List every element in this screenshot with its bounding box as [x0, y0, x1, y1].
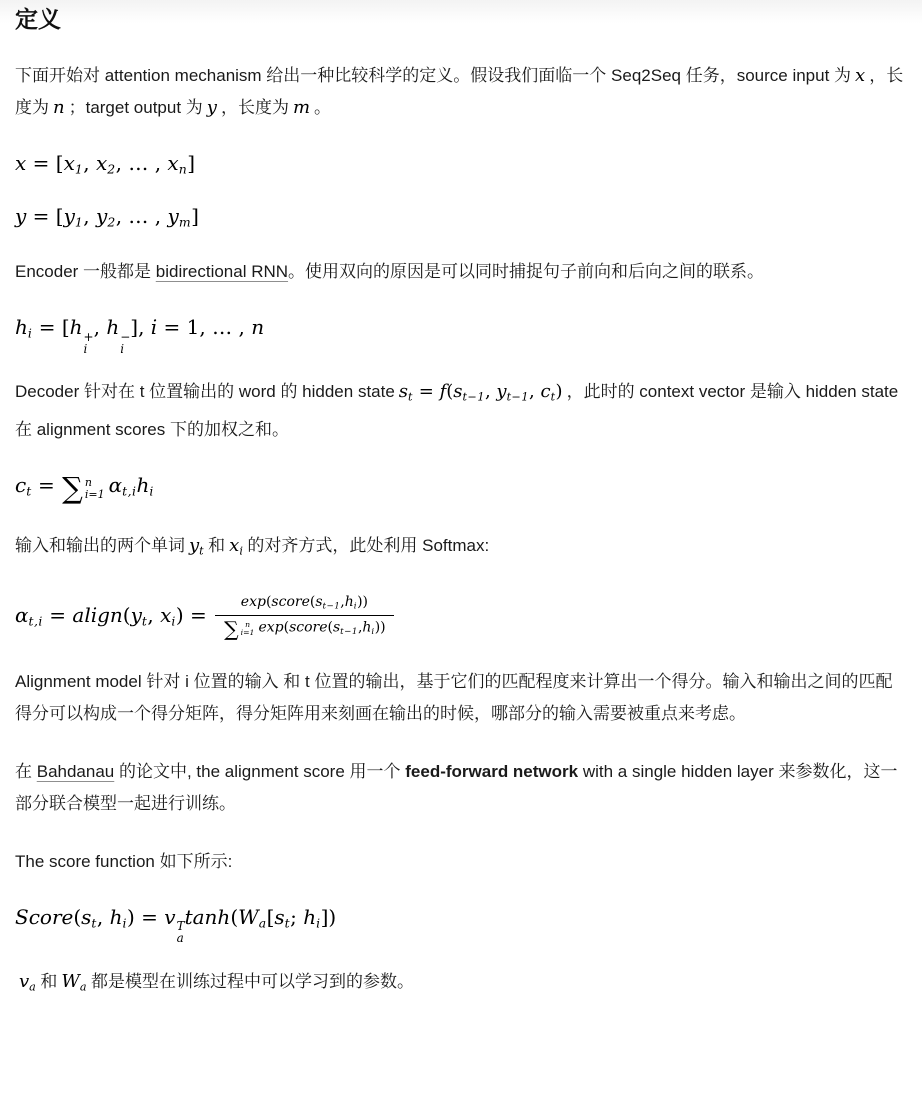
- subscript: a: [177, 932, 184, 944]
- summation-lower: i=1: [241, 629, 255, 637]
- math-variable: s: [453, 381, 462, 402]
- math-variable: y: [96, 204, 107, 228]
- math-operator: ,: [485, 381, 496, 402]
- math-operator: ,: [94, 315, 107, 339]
- subscript: t,i: [122, 483, 136, 498]
- math-operator: ;: [290, 905, 303, 929]
- subscript: t−1: [323, 602, 341, 612]
- math-variable: y: [496, 381, 506, 402]
- math-operator: ,: [83, 151, 96, 175]
- link-bidirectional-rnn[interactable]: bidirectional RNN: [156, 262, 288, 281]
- math-operator: =: [32, 473, 61, 497]
- math-variable: exp: [258, 619, 283, 635]
- text-run: Encoder 一般都是: [15, 262, 156, 281]
- math-operator: =: [43, 603, 72, 627]
- paragraph-bahdanau: 在 Bahdanau 的论文中, the alignment score 用一个…: [15, 756, 906, 820]
- text-run: 。: [314, 98, 331, 117]
- formula-hidden-state: hi = [h+i, h−i], i = 1, … , n: [15, 315, 906, 349]
- inline-math: yt: [189, 535, 204, 556]
- math-variable: s: [315, 594, 322, 610]
- summation-operator: ∑ni=1: [224, 619, 254, 639]
- paragraph-params: va和Wa都是模型在训练过程中可以学习到的参数。: [15, 966, 906, 1003]
- math-variable: y: [189, 535, 199, 556]
- math-operator: ,: [147, 603, 160, 627]
- math-operator: =: [413, 381, 440, 402]
- subscript: a: [80, 980, 87, 993]
- paragraph-intro: 下面开始对 attention mechanism 给出一种比较科学的定义。假设…: [15, 60, 906, 124]
- math-variable: x: [855, 65, 865, 86]
- math-variable: s: [274, 905, 284, 929]
- text-run: 下面开始对 attention mechanism 给出一种比较科学的定义。假设…: [15, 66, 851, 85]
- math-operator: ]: [187, 151, 195, 175]
- subscript: 2: [107, 214, 115, 229]
- subscript: m: [179, 214, 191, 229]
- math-variable: x: [167, 151, 178, 175]
- math-variable: score: [289, 619, 327, 635]
- math-variable: h: [137, 473, 150, 497]
- math-variable: x: [15, 151, 26, 175]
- section-heading: 定义: [15, 4, 906, 34]
- subscript: t,i: [29, 614, 43, 629]
- fraction: exp(score(st−1,hi))∑ni=1exp(score(st−1,h…: [215, 594, 393, 639]
- fraction-numerator: exp(score(st−1,hi)): [215, 594, 393, 616]
- superscript: +: [84, 331, 94, 343]
- formula-context-vector: ct = ∑ni=1αt,ihi: [15, 473, 906, 503]
- text-run: 的论文中, the alignment score 用一个: [114, 762, 405, 781]
- text-run: ，长度为: [221, 98, 289, 117]
- subscript: i: [120, 343, 124, 355]
- subscript: t−1: [463, 391, 485, 404]
- math-variable: h: [110, 905, 123, 929]
- math-variable: h: [106, 315, 119, 339]
- math-variable: y: [131, 603, 142, 627]
- subscript: a: [259, 916, 267, 931]
- inline-math: x: [855, 65, 865, 86]
- math-variable: s: [399, 381, 408, 402]
- math-variable: y: [64, 204, 75, 228]
- inline-math: n: [53, 97, 65, 118]
- summation-lower: i=1: [85, 489, 105, 500]
- fraction-denominator: ∑ni=1exp(score(st−1,hi)): [215, 616, 393, 639]
- text-run: 的对齐方式，此处利用 Softmax:: [247, 536, 489, 555]
- math-operator: (: [73, 905, 81, 929]
- math-variable: W: [238, 905, 259, 929]
- text-run: 。使用双向的原因是可以同时捕捉句子前向和后向之间的联系。: [288, 262, 764, 281]
- formula-alignment-softmax: αt,i = align(yt, xi) = exp(score(st−1,hi…: [15, 594, 906, 639]
- math-variable: x: [229, 535, 239, 556]
- math-operator: ]): [321, 905, 337, 929]
- subscript: i: [239, 544, 243, 557]
- formula-score: Score(st, hi) = vTatanh(Wa[st; hi]): [15, 905, 906, 939]
- math-variable: h: [70, 315, 83, 339]
- subscript: n: [179, 162, 187, 177]
- math-variable: h: [15, 315, 28, 339]
- text-run: 输入和输出的两个单词: [15, 536, 185, 555]
- text-run: Decoder 针对在 t 位置输出的 word 的 hidden state: [15, 382, 395, 401]
- bold-text: feed-forward network: [405, 762, 578, 781]
- math-variable: h: [303, 905, 316, 929]
- paragraph-encoder: Encoder 一般都是 bidirectional RNN。使用双向的原因是可…: [15, 256, 906, 288]
- text-run: Alignment model 针对 i 位置的输入 和 t 位置的输出，基于它…: [15, 672, 892, 723]
- math-variable: exp: [241, 594, 266, 610]
- math-variable: align: [72, 603, 122, 627]
- formula-x: x = [x1, x2, … , xn]: [15, 151, 906, 177]
- math-operator: (: [230, 905, 238, 929]
- math-operator: = 1, … ,: [157, 315, 251, 339]
- math-operator: )): [357, 594, 368, 610]
- math-operator: ]: [191, 204, 199, 228]
- inline-math: y: [207, 97, 217, 118]
- text-run: 和: [40, 972, 57, 991]
- math-variable: W: [61, 971, 80, 992]
- math-operator: ],: [130, 315, 151, 339]
- math-variable: y: [207, 97, 217, 118]
- subscript: t−1: [507, 391, 529, 404]
- math-variable: n: [251, 315, 264, 339]
- text-run: 都是模型在训练过程中可以学习到的参数。: [91, 972, 414, 991]
- article: 定义 下面开始对 attention mechanism 给出一种比较科学的定义…: [0, 0, 922, 1003]
- sub-sup-stack: −i: [120, 331, 130, 350]
- sub-sup-stack: Ta: [177, 920, 185, 939]
- summation-limits: ni=1: [85, 477, 105, 500]
- paragraph-alignment-model: Alignment model 针对 i 位置的输入 和 t 位置的输出，基于它…: [15, 666, 906, 730]
- formula-y: y = [y1, y2, … , ym]: [15, 204, 906, 230]
- subscript: 1: [75, 162, 83, 177]
- subscript: 2: [107, 162, 115, 177]
- math-variable: m: [293, 97, 310, 118]
- summation-limits: ni=1: [241, 621, 255, 637]
- math-operator: (: [123, 603, 131, 627]
- math-operator: ,: [97, 905, 110, 929]
- text-run: ；target output 为: [69, 98, 203, 117]
- math-variable: n: [53, 97, 65, 118]
- sigma-symbol: ∑: [62, 474, 83, 503]
- subscript: i: [149, 483, 153, 498]
- math-variable: y: [15, 204, 26, 228]
- math-variable: α: [109, 473, 123, 497]
- summation-upper: n: [85, 477, 105, 488]
- math-variable: h: [345, 594, 354, 610]
- text-run: 在: [15, 762, 37, 781]
- math-operator: ,: [83, 204, 96, 228]
- subscript: t: [199, 544, 204, 557]
- math-variable: c: [15, 473, 26, 497]
- inline-math: st = f(st−1, yt−1, ct): [399, 381, 563, 402]
- sub-sup-stack: +i: [84, 331, 94, 350]
- math-variable: x: [160, 603, 171, 627]
- math-operator: , … ,: [116, 151, 168, 175]
- math-operator: , … ,: [116, 204, 168, 228]
- math-variable: Score: [15, 905, 73, 929]
- text-run: 和: [208, 536, 225, 555]
- inline-math: xi: [229, 535, 243, 556]
- superscript: −: [120, 331, 130, 343]
- math-variable: c: [540, 381, 550, 402]
- math-variable: x: [64, 151, 75, 175]
- paragraph-decoder: Decoder 针对在 t 位置输出的 word 的 hidden states…: [15, 376, 906, 445]
- math-operator: ): [556, 381, 563, 402]
- math-operator: = [: [32, 315, 69, 339]
- sigma-symbol: ∑: [224, 619, 238, 639]
- math-variable: v: [19, 971, 29, 992]
- subscript: i: [84, 343, 88, 355]
- math-variable: α: [15, 603, 29, 627]
- math-variable: score: [271, 594, 309, 610]
- math-variable: y: [168, 204, 179, 228]
- paragraph-softmax: 输入和输出的两个单词yt和xi的对齐方式，此处利用 Softmax:: [15, 530, 906, 567]
- math-operator: )): [375, 619, 386, 635]
- text-run: The score function 如下所示:: [15, 852, 232, 871]
- math-operator: ) =: [176, 603, 213, 627]
- subscript: a: [29, 980, 36, 993]
- math-variable: x: [96, 151, 107, 175]
- math-operator: ,: [529, 381, 540, 402]
- paragraph-score-function: The score function 如下所示:: [15, 846, 906, 878]
- inline-math: va: [19, 971, 36, 992]
- summation-operator: ∑ni=1: [62, 474, 104, 503]
- math-operator: ) =: [127, 905, 164, 929]
- subscript: t−1: [340, 627, 358, 637]
- math-variable: tanh: [185, 905, 231, 929]
- inline-math: m: [293, 97, 310, 118]
- math-variable: s: [81, 905, 91, 929]
- inline-math: Wa: [61, 971, 87, 992]
- link-bahdanau[interactable]: Bahdanau: [37, 762, 115, 781]
- math-operator: = [: [26, 204, 63, 228]
- math-operator: = [: [26, 151, 63, 175]
- math-variable: v: [164, 905, 175, 929]
